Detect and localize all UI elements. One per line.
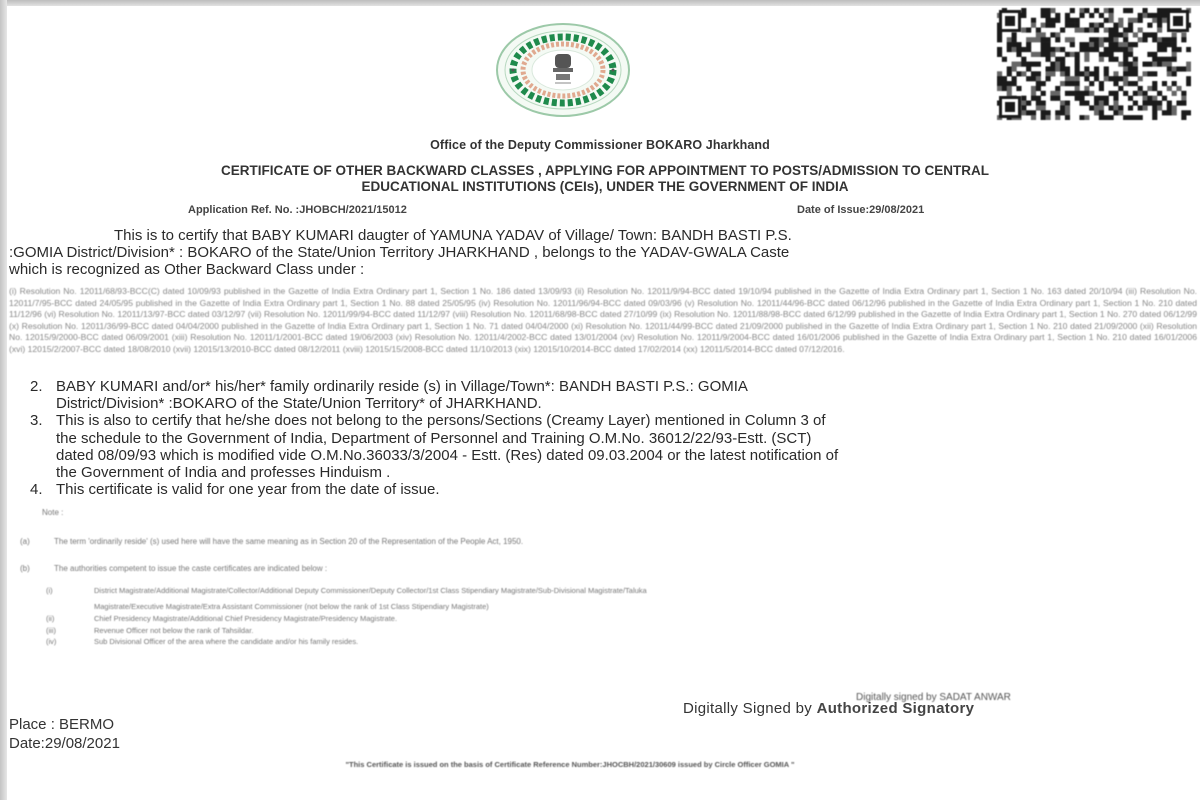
issuing-office: Office of the Deputy Commissioner BOKARO… <box>0 138 1200 152</box>
clause-line: dated 08/09/93 which is modified vide O.… <box>56 447 1195 464</box>
clause-number: 3. <box>30 412 43 429</box>
clause-line: BABY KUMARI and/or* his/her* family ordi… <box>56 378 1195 395</box>
clause-item: 4.This certificate is valid for one year… <box>30 481 1195 498</box>
place: Place : BERMO <box>9 716 114 733</box>
clause-line: the Government of India and professes Hi… <box>56 464 1195 481</box>
clause-item: 3.This is also to certify that he/she do… <box>30 412 1195 481</box>
certificate-title-line2: EDUCATIONAL INSTITUTIONS (CEIs), UNDER T… <box>40 179 1170 195</box>
clause-line: the schedule to the Government of India,… <box>56 430 1195 447</box>
certify-line-2: :GOMIA District/Division* : BOKARO of th… <box>9 244 1184 261</box>
note-item: (b)The authorities competent to issue th… <box>20 564 327 573</box>
clause-number: 2. <box>30 378 43 395</box>
authority-text: Chief Presidency Magistrate/Additional C… <box>94 614 397 623</box>
authority-text: Sub Divisional Officer of the area where… <box>94 637 358 646</box>
signature-label: Digitally Signed by <box>683 700 817 717</box>
clause-line: This is also to certify that he/she does… <box>56 412 1195 429</box>
authority-marker: (ii) <box>46 614 54 623</box>
certify-line-3: which is recognized as Other Backward Cl… <box>9 261 1184 278</box>
certificate-title: CERTIFICATE OF OTHER BACKWARD CLASSES , … <box>40 163 1170 195</box>
certify-line-1: This is to certify that BABY KUMARI daug… <box>114 227 792 244</box>
certificate-title-line1: CERTIFICATE OF OTHER BACKWARD CLASSES , … <box>40 163 1170 179</box>
application-ref: Application Ref. No. :JHOBCH/2021/15012 <box>188 204 407 216</box>
note-text: The authorities competent to issue the c… <box>54 564 327 573</box>
clause-number: 4. <box>30 481 43 498</box>
signatory-title: Authorized Signatory <box>817 700 975 717</box>
authority-text: Revenue Officer not below the rank of Ta… <box>94 626 253 635</box>
authority-marker: (i) <box>46 586 53 595</box>
digital-signature-line: Digitally Signed by Authorized Signatory <box>683 700 974 717</box>
signing-date: Date:29/08/2021 <box>9 735 120 752</box>
note-item: (a)The term 'ordinarily reside' (s) used… <box>20 537 523 546</box>
authority-text: District Magistrate/Additional Magistrat… <box>94 586 647 595</box>
note-marker: (b) <box>20 564 54 573</box>
viewer-frame-top <box>0 0 1200 6</box>
viewer-frame-left <box>0 0 7 800</box>
footer-note: "This Certificate is issued on the basis… <box>0 760 1140 769</box>
certify-paragraph: This is to certify that BABY KUMARI daug… <box>9 227 1184 278</box>
authority-marker: (iv) <box>46 637 56 646</box>
clause-item: 2.BABY KUMARI and/or* his/her* family or… <box>30 378 1195 412</box>
clause-line: This certificate is valid for one year f… <box>56 481 1195 498</box>
note-marker: (a) <box>20 537 54 546</box>
state-emblem-icon <box>495 22 631 118</box>
authority-marker: (iii) <box>46 626 56 635</box>
note-text: The term 'ordinarily reside' (s) used he… <box>54 537 523 546</box>
note-label: Note : <box>42 508 63 517</box>
resolutions-list: (i) Resolution No. 12011/68/93-BCC(C) da… <box>9 286 1197 380</box>
authority-text: Magistrate/Executive Magistrate/Extra As… <box>94 602 489 611</box>
date-of-issue: Date of Issue:29/08/2021 <box>797 204 924 216</box>
qr-code-icon <box>997 8 1191 120</box>
clause-line: District/Division* :BOKARO of the State/… <box>56 395 1195 412</box>
certificate-clauses: 2.BABY KUMARI and/or* his/her* family or… <box>30 378 1195 498</box>
